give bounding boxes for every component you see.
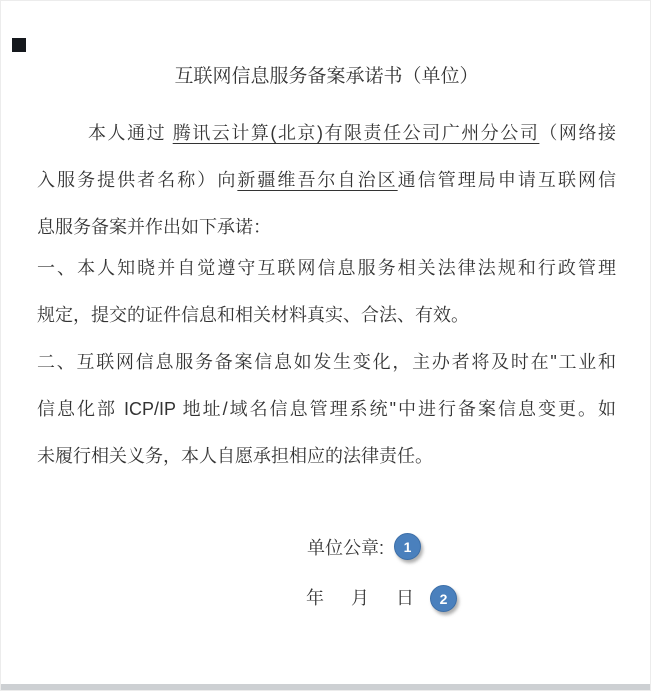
intro-line-1: 本人通过 腾讯云计算(北京)有限责任公司广州分公司（网络接	[37, 110, 616, 157]
unit-seal-label: 单位公章:	[307, 534, 384, 562]
intro-line-1-pre: 本人通过	[88, 123, 173, 143]
region-name-underlined: 新疆维吾尔自治区	[237, 170, 397, 190]
clause-1-line-2: 规定，提交的证件信息和相关材料真实、合法、有效。	[37, 292, 616, 339]
intro-line-2: 入服务提供者名称）向新疆维吾尔自治区通信管理局申请互联网信	[37, 157, 616, 204]
document-page: 互联网信息服务备案承诺书（单位） 本人通过 腾讯云计算(北京)有限责任公司广州分…	[0, 0, 651, 691]
date-year-label: 年	[306, 585, 324, 612]
corner-artifact-square	[12, 38, 26, 52]
bottom-edge-bar	[1, 684, 651, 690]
document-title: 互联网信息服务备案承诺书（单位）	[1, 63, 651, 91]
intro-line-2-pre: 入服务提供者名称）向	[37, 170, 237, 190]
date-day-label: 日	[396, 585, 414, 612]
intro-line-1-post: （网络接	[539, 123, 616, 143]
clause-2-line-2: 信息化部 ICP/IP 地址/域名信息管理系统"中进行备案信息变更。如	[37, 386, 616, 433]
annotation-badge-1[interactable]: 1	[394, 533, 421, 560]
intro-line-2-post: 通信管理局申请互联网信	[398, 170, 616, 190]
clause-2-line-1: 二、互联网信息服务备案信息如发生变化，主办者将及时在"工业和	[37, 339, 616, 386]
annotation-badge-2[interactable]: 2	[430, 585, 457, 612]
isp-name-underlined: 腾讯云计算(北京)有限责任公司广州分公司	[173, 123, 540, 143]
intro-line-3: 息服务备案并作出如下承诺：	[37, 204, 616, 251]
clause-1-line-1: 一、本人知晓并自觉遵守互联网信息服务相关法律法规和行政管理	[37, 245, 616, 292]
clause-2-line-3: 未履行相关义务，本人自愿承担相应的法律责任。	[37, 433, 616, 480]
date-month-label: 月	[351, 585, 369, 612]
